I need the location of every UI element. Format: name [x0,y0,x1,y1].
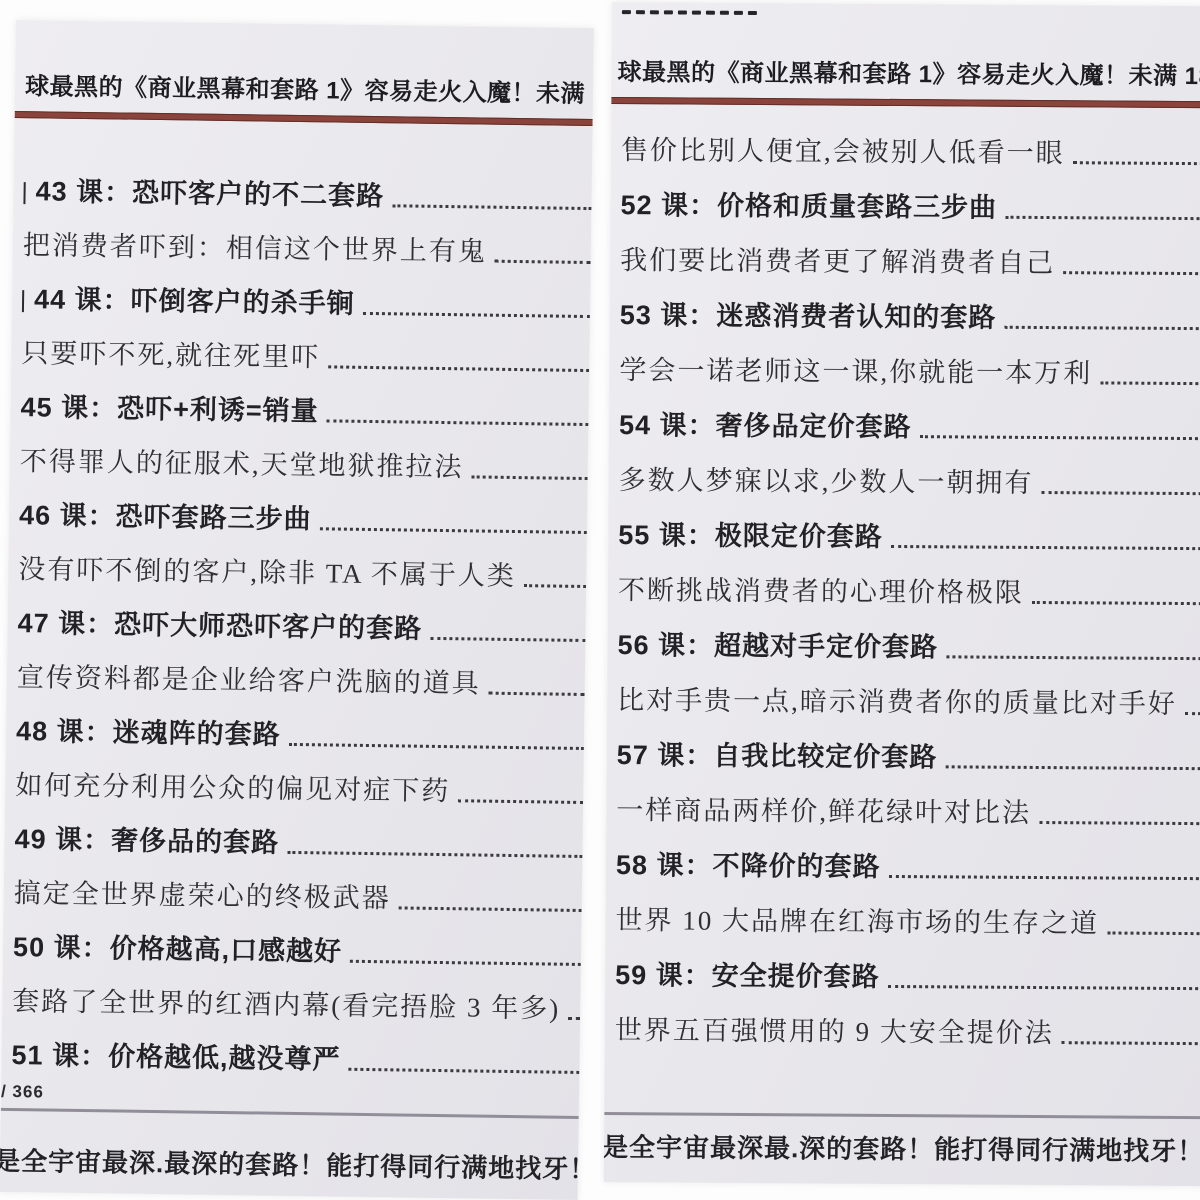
toc-entry-label: 56 课：超越对手定价套路 [617,623,938,670]
toc-entry-label: 比对手贵一点,暗示消费者你的质量比对手好 [617,678,1177,727]
dot-leader [430,637,585,642]
header-rule [15,111,593,126]
toc-lesson-title: 52 课：价格和质量套路三步曲 [620,173,1200,232]
toc-entry-label: 55 课：极限定价套路 [618,513,883,560]
toc-list-left: 43 课：恐吓客户的不二套路把消费者吓到：相信这个世界上有鬼44 课：吓倒客户的… [1,160,592,1086]
dot-leader [1004,326,1200,330]
dot-leader [1107,931,1200,935]
toc-lesson-subtitle: 多数人梦寐以求,少数人一朝拥有 [619,448,1200,507]
footer-rule [1,1108,579,1119]
toc-lesson-title: 55 课：极限定价套路 [618,503,1200,562]
dot-leader [888,875,1200,880]
toc-lesson-subtitle: 我们要比消费者更了解消费者自己 [620,228,1200,287]
toc-lesson-title: 58 课：不降价的套路 [616,833,1200,892]
toc-entry-label: 54 课：奢侈品定价套路 [619,403,912,450]
cropped-text-fragment [622,10,1200,18]
toc-lesson-subtitle: 不断挑战消费者的心理价格极限 [618,558,1200,617]
toc-lesson-title: 44 课：吓倒客户的杀手锏 [22,268,591,330]
toc-entry-label: 59 课：安全提价套路 [615,953,880,1000]
toc-lesson-title: 43 课：恐吓客户的不二套路 [23,160,592,222]
toc-entry-label: 世界五百强惯用的 9 大安全提价法 [615,1008,1054,1056]
toc-entry-label: 宣传资料都是企业给客户洗脑的道具 [17,655,482,706]
dot-leader [362,312,589,318]
page-header-warning: 球最黑的《商业黑幕和套路 1》容易走火入魔！未满 18 禁读 [25,66,593,109]
dash-mark [650,10,659,14]
dot-leader [495,260,591,264]
dot-leader [1041,491,1200,495]
cropped-glyph-sliver [23,182,25,204]
toc-entry-label: 售价比别人便宜,会被别人低看一眼 [621,128,1065,176]
toc-lesson-title: 54 课：奢侈品定价套路 [619,393,1200,452]
toc-entry-label: 44 课：吓倒客户的杀手锏 [34,277,355,326]
toc-entry-label: 搞定全世界虚荣心的终极武器 [13,871,391,921]
toc-lesson-title: 51 课：价格越低,越没尊严 [11,1024,580,1086]
toc-entry-label: 套路了全世界的红酒内幕(看完捂脸 3 年多) [12,979,561,1032]
dot-leader [1005,216,1200,220]
dot-leader [287,851,582,858]
toc-lesson-subtitle: 只要吓不死,就往死里吓 [21,322,590,384]
dot-leader [1100,381,1200,385]
dot-leader [350,960,581,966]
toc-lesson-subtitle: 把消费者吓到：相信这个世界上有鬼 [23,214,592,276]
header-rule [611,97,1200,108]
toc-lesson-title: 50 课：价格越高,口感越好 [13,916,582,978]
right-book-page: 球最黑的《商业黑幕和套路 1》容易走火入魔！未满 18 禁读 售价比别人便宜,会… [604,2,1200,1186]
toc-lesson-subtitle: 没有吓不倒的客户,除非 TA 不属于人类 [18,538,587,600]
toc-lesson-subtitle: 世界五百强惯用的 9 大安全提价法 [615,998,1200,1057]
toc-entry-label: 52 课：价格和质量套路三步曲 [620,183,997,231]
toc-lesson-title: 53 课：迷惑消费者认知的套路 [620,283,1200,342]
dot-leader [1073,161,1200,165]
toc-entry-label: 不断挑战消费者的心理价格极限 [618,568,1024,616]
page-number: / 366 [1,1082,44,1103]
toc-lesson-subtitle: 售价比别人便宜,会被别人低看一眼 [621,118,1200,177]
toc-lesson-subtitle: 不得罪人的征服术,天堂地狱推拉法 [20,430,589,492]
toc-lesson-title: 46 课：恐吓套路三步曲 [19,484,588,546]
toc-entry-label: 如何充分利用公众的偏见对症下药 [15,763,451,814]
toc-lesson-title: 56 课：超越对手定价套路 [617,613,1200,672]
toc-lesson-subtitle: 搞定全世界虚荣心的终极武器 [13,862,582,924]
dash-mark [622,10,631,14]
toc-entry-label: 多数人梦寐以求,少数人一朝拥有 [619,458,1034,506]
toc-lesson-title: 48 课：迷魂阵的套路 [16,700,585,762]
toc-entry-label: 一样商品两样价,鲜花绿叶对比法 [616,788,1031,836]
toc-lesson-title: 49 课：奢侈品的套路 [14,808,583,870]
page-header-warning: 球最黑的《商业黑幕和套路 1》容易走火入魔！未满 18 禁读 [617,52,1200,91]
toc-lesson-subtitle: 学会一诺老师这一课,你就能一本万利 [619,338,1200,397]
toc-lesson-subtitle: 比对手贵一点,暗示消费者你的质量比对手好 [617,668,1200,727]
dot-leader [326,419,588,426]
toc-entry-label: 把消费者吓到：相信这个世界上有鬼 [23,223,488,274]
toc-lesson-title: 57 课：自我比较定价套路 [617,723,1200,782]
toc-entry-label: 学会一诺老师这一课,你就能一本万利 [619,348,1092,396]
dot-leader [348,1068,579,1074]
footer-rule [604,1112,1200,1119]
dash-mark [734,11,743,15]
dot-leader [945,765,1200,770]
toc-lesson-title: 59 课：安全提价套路 [615,943,1200,1002]
dot-leader [888,985,1200,990]
dot-leader [1032,601,1200,605]
dot-leader [1063,271,1200,275]
dot-leader [392,204,591,210]
toc-entry-label: 我们要比消费者更了解消费者自己 [620,238,1055,286]
dot-leader [920,435,1200,440]
toc-lesson-subtitle: 宣传资料都是企业给客户洗脑的道具 [17,646,586,708]
dot-leader [328,365,589,372]
dash-mark [636,10,645,14]
dash-mark [664,10,673,14]
dot-leader [891,545,1200,550]
dot-leader [946,655,1200,660]
toc-entry-label: 不得罪人的征服术,天堂地狱推拉法 [20,439,464,490]
dot-leader [524,584,586,588]
toc-entry-label: 53 课：迷惑消费者认知的套路 [620,293,997,341]
dash-mark [678,10,687,14]
dot-leader [288,743,583,750]
dot-leader [399,906,582,912]
left-book-page: 球最黑的《商业黑幕和套路 1》容易走火入魔！未满 18 禁读 43 课：恐吓客户… [0,20,594,1200]
dot-leader [1062,1041,1200,1045]
footer-banner: 是全宇宙最深最.深的套路！能打得同行满地找牙！跪在地上唱 [604,1127,1200,1169]
toc-entry-label: 49 课：奢侈品的套路 [14,817,279,866]
toc-entry-label: 51 课：价格越低,越没尊严 [11,1033,341,1083]
footer-banner: 是全宇宙最深.最深的套路！能打得同行满地找牙！跪在地上唱征 [0,1141,594,1189]
dot-leader [1039,821,1200,825]
dash-mark [706,11,715,15]
dash-mark [720,11,729,15]
toc-entry-label: 57 课：自我比较定价套路 [617,733,938,780]
dot-leader [458,799,583,804]
right-page-photo: 球最黑的《商业黑幕和套路 1》容易走火入魔！未满 18 禁读 售价比别人便宜,会… [600,0,1200,1200]
toc-lesson-title: 47 课：恐吓大师恐吓客户的套路 [17,592,586,654]
toc-lesson-title: 45 课：恐吓+利诱=销量 [20,376,589,438]
dot-leader [471,475,587,480]
dot-leader [489,692,585,696]
toc-lesson-subtitle: 一样商品两样价,鲜花绿叶对比法 [616,778,1200,837]
toc-entry-label: 47 课：恐吓大师恐吓客户的套路 [17,601,422,652]
toc-entry-label: 46 课：恐吓套路三步曲 [19,493,312,542]
toc-list-right: 售价比别人便宜,会被别人低看一眼52 课：价格和质量套路三步曲我们要比消费者更了… [605,118,1200,1057]
cropped-glyph-sliver [22,290,24,312]
toc-lesson-subtitle: 世界 10 大品牌在红海市场的生存之道 [615,888,1200,947]
toc-entry-label: 世界 10 大品牌在红海市场的生存之道 [615,898,1099,946]
toc-entry-label: 没有吓不倒的客户,除非 TA 不属于人类 [18,547,516,599]
dash-mark [692,11,701,15]
toc-entry-label: 48 课：迷魂阵的套路 [16,709,281,758]
dash-mark [748,11,757,15]
toc-entry-label: 43 课：恐吓客户的不二套路 [35,169,384,219]
toc-entry-label: 58 课：不降价的套路 [616,843,881,890]
toc-lesson-subtitle: 套路了全世界的红酒内幕(看完捂脸 3 年多) [12,970,581,1032]
toc-entry-label: 50 课：价格越高,口感越好 [13,925,343,975]
toc-entry-label: 只要吓不死,就往死里吓 [21,331,320,380]
dot-leader [319,527,586,534]
left-page-photo: 球最黑的《商业黑幕和套路 1》容易走火入魔！未满 18 禁读 43 课：恐吓客户… [0,0,600,1200]
dot-leader [1185,712,1200,715]
toc-entry-label: 45 课：恐吓+利诱=销量 [20,385,319,434]
dot-leader [568,1017,580,1020]
toc-lesson-subtitle: 如何充分利用公众的偏见对症下药 [15,754,584,816]
